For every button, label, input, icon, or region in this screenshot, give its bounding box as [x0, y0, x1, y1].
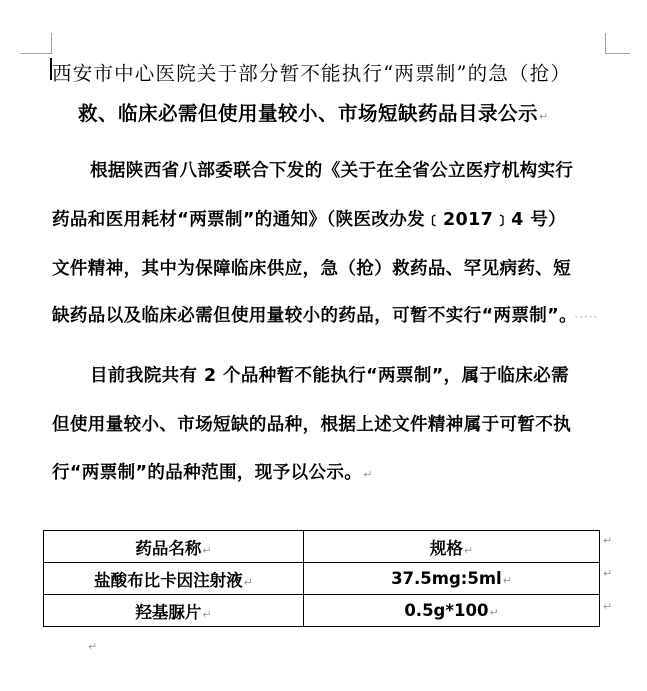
page-margin-corner-top-right — [605, 33, 630, 54]
cell-mark-icon: ↵ — [503, 574, 512, 587]
paragraph-mark-icon: ↵ — [539, 110, 549, 123]
paragraph-2-line-2[interactable]: 但使用量较小、市场短缺的品种，根据上述文件精神属于可暂不执 — [52, 411, 571, 436]
header-drug-name[interactable]: 药品名称↵ — [44, 531, 304, 563]
cell-mark-icon: ↵ — [489, 606, 498, 619]
document-title-line-1[interactable]: 西安市中心医院关于部分暂不能执行“两票制”的急（抢） — [52, 58, 571, 86]
cell-mark-icon: ↵ — [202, 608, 211, 621]
paragraph-1-line-1[interactable]: 根据陕西省八部委联合下发的《关于在全省公立医疗机构实行 — [90, 157, 573, 182]
paragraph-2-line-3[interactable]: 行“两票制”的品种范围，现予以公示。↵ — [52, 459, 373, 484]
paragraph-1-line-4[interactable]: 缺药品以及临床必需但使用量较小的药品，可暂不实行“两票制”。····· — [52, 302, 598, 327]
drug-table: 药品名称↵ 规格↵ 盐酸布比卡因注射液↵ 37.5mg:5ml↵ 羟基脲片↵ 0… — [43, 530, 600, 627]
paragraph-mark-icon: ↵ — [88, 640, 97, 653]
row-end-mark-icon: ↵ — [603, 567, 612, 580]
cell-spec[interactable]: 37.5mg:5ml↵ — [304, 563, 600, 595]
cell-mark-icon: ↵ — [464, 544, 473, 557]
document-title-line-2[interactable]: 救、临床必需但使用量较小、市场短缺药品目录公示↵ — [78, 98, 549, 126]
paragraph-1-line-3[interactable]: 文件精神，其中为保障临床供应，急（抢）救药品、罕见病药、短 — [52, 255, 571, 280]
cell-drug-name[interactable]: 盐酸布比卡因注射液↵ — [44, 563, 304, 595]
table-row: 羟基脲片↵ 0.5g*100↵ — [44, 595, 600, 627]
page-margin-corner-top-left — [21, 33, 52, 54]
table-header-row: 药品名称↵ 规格↵ — [44, 531, 600, 563]
cell-spec[interactable]: 0.5g*100↵ — [304, 595, 600, 627]
cell-mark-icon: ↵ — [244, 576, 253, 589]
row-end-mark-icon: ↵ — [603, 534, 612, 547]
paragraph-2-line-1[interactable]: 目前我院共有 2 个品种暂不能执行“两票制”，属于临床必需 — [90, 362, 569, 387]
paragraph-1-line-2[interactable]: 药品和医用耗材“两票制”的通知》（陕医改办发﹝2017﹞4 号） — [52, 206, 566, 231]
cell-mark-icon: ↵ — [202, 544, 211, 557]
cell-drug-name[interactable]: 羟基脲片↵ — [44, 595, 304, 627]
table-row: 盐酸布比卡因注射液↵ 37.5mg:5ml↵ — [44, 563, 600, 595]
row-end-mark-icon: ↵ — [603, 600, 612, 613]
header-spec[interactable]: 规格↵ — [304, 531, 600, 563]
paragraph-mark-icon: ↵ — [363, 468, 373, 481]
overflow-dots-icon: ····· — [574, 310, 598, 324]
